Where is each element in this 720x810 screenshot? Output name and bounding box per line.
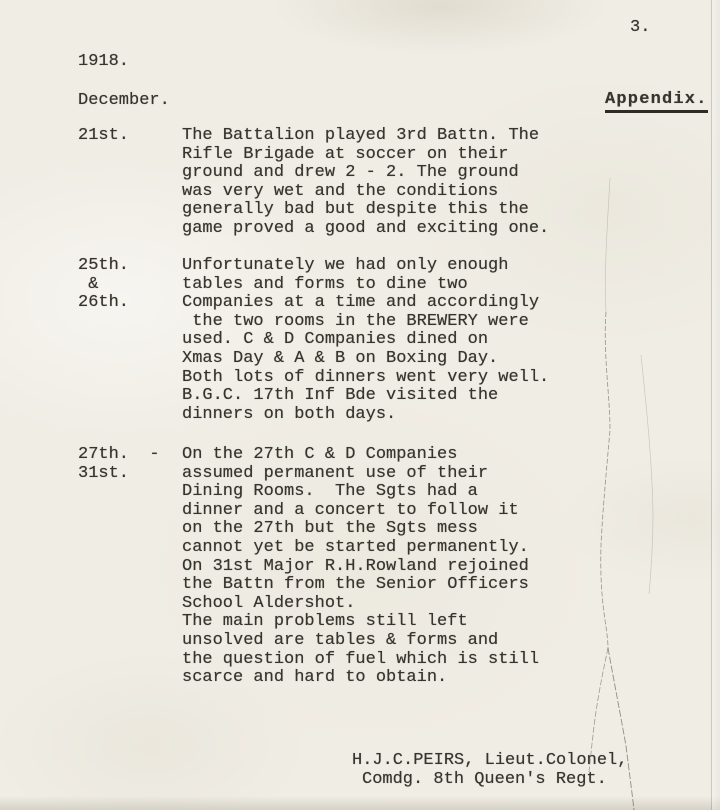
signature-role: Comdg. 8th Queen's Regt. — [362, 771, 607, 790]
year-heading: 1918. — [78, 53, 129, 72]
entry-body: On the 27th C & D Companies assumed perm… — [182, 446, 638, 688]
entry-date: 25th. & 26th. — [78, 257, 182, 424]
entry-body: The Battalion played 3rd Battn. The Rifl… — [182, 127, 638, 239]
page-number: 3. — [630, 19, 650, 38]
appendix-label: Appendix. — [605, 91, 708, 113]
signature-name: H.J.C.PEIRS, Lieut.Colonel, — [352, 752, 627, 771]
paper-right-edge-highlight — [712, 0, 720, 810]
diary-entry-25th-26th: 25th. & 26th. Unfortunately we had only … — [78, 257, 638, 424]
diary-entry-21st: 21st. The Battalion played 3rd Battn. Th… — [78, 127, 638, 239]
month-heading: December. — [78, 92, 170, 111]
entry-body: Unfortunately we had only enough tables … — [182, 257, 638, 424]
entry-date: 21st. — [78, 127, 182, 239]
entry-date: 27th. - 31st. — [78, 446, 182, 688]
scanned-document-page: { "page": { "number": "3.", "year": "191… — [0, 0, 720, 810]
diary-entry-27th-31st: 27th. - 31st. On the 27th C & D Companie… — [78, 446, 638, 688]
